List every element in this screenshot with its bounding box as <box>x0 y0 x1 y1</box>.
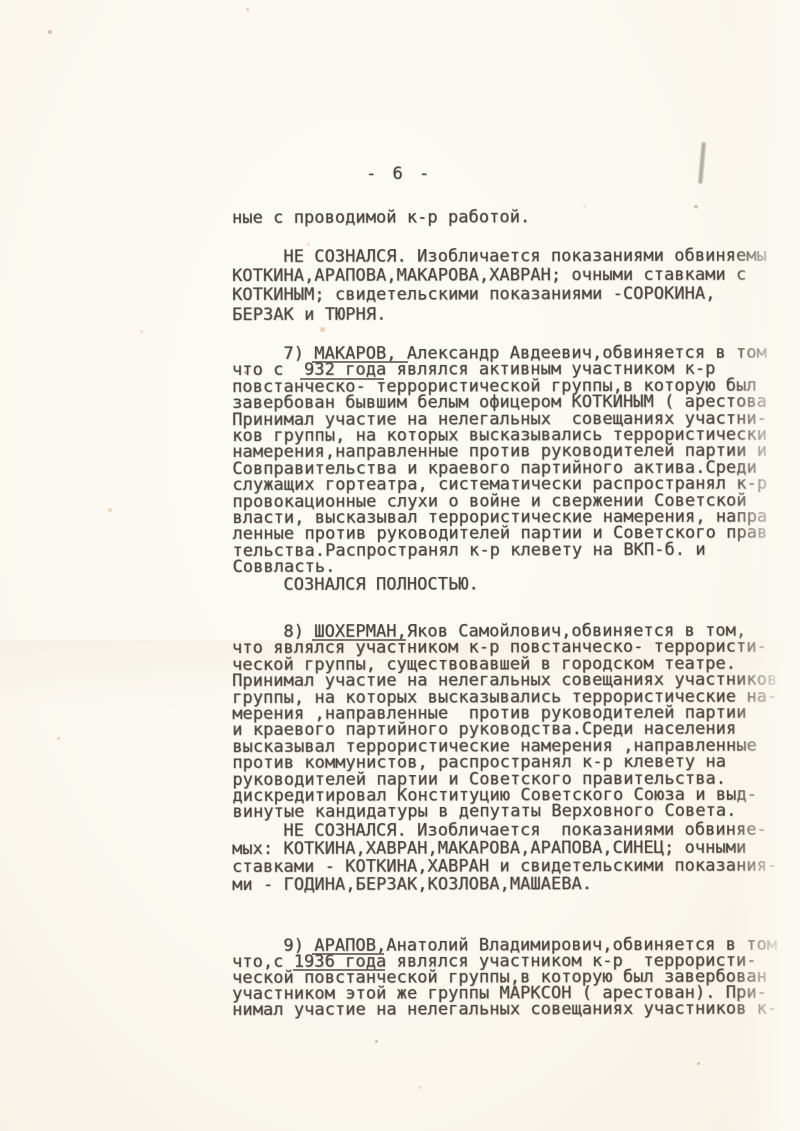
underline-makarov <box>312 361 408 363</box>
scanned-document-page: - 6 - ные с проводимой к-р работой. НЕ С… <box>0 0 800 1131</box>
paragraph-intro-carryover: ные с проводимой к-р работой. <box>232 209 530 227</box>
paper-speck <box>583 205 586 208</box>
paper-speck <box>140 330 143 333</box>
underline-year-1936 <box>293 969 385 971</box>
underline-year-1932 <box>300 378 384 380</box>
ink-smudge-mark <box>698 142 706 184</box>
paper-speck <box>244 371 247 374</box>
underline-arapov <box>312 953 384 955</box>
paper-speck <box>246 8 249 11</box>
paragraph-denial-statement: НЕ СОЗНАЛСЯ. Изобличается показаниями об… <box>232 247 767 325</box>
paper-speck <box>108 508 112 512</box>
paper-speck <box>375 1040 378 1043</box>
paper-speck <box>57 737 60 740</box>
paper-speck <box>697 1062 700 1065</box>
paragraph-confession-statement: СОЗНАЛСЯ ПОЛНОСТЬЮ. <box>232 576 479 594</box>
paper-speck <box>307 243 310 246</box>
underline-shokherman <box>312 639 406 641</box>
paragraph-denial-statement-2: НЕ СОЗНАЛСЯ. Изобличается показаниями об… <box>232 821 777 894</box>
paper-speck <box>320 327 325 332</box>
paper-speck <box>48 30 52 34</box>
page-number: - 6 - <box>366 166 432 184</box>
paragraph-charge-8-shokherman: 8) ШОХЕРМАН,Яков Самойлович,обвиняется в… <box>232 623 778 821</box>
ink-dot-mark <box>694 205 698 208</box>
paragraph-charge-9-arapov: 9) АРАПОВ,Анатолий Владимирович,обвиняет… <box>232 937 777 1018</box>
paper-speck <box>418 1086 421 1089</box>
